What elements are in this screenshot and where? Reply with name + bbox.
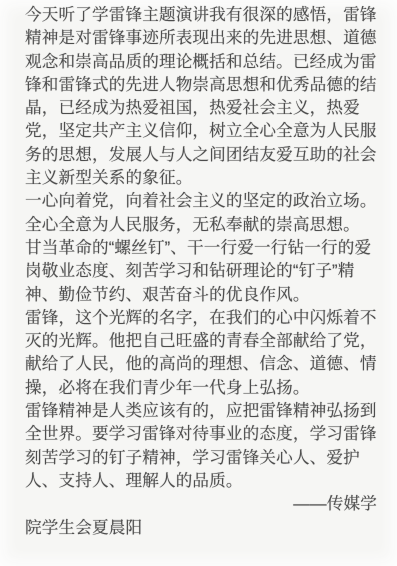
text-line: 灭的光辉。他把自己旺盛的青春全部献给了党，: [25, 329, 377, 352]
text-line: 精神是对雷锋事迹所表现出来的先进思想、道德: [25, 26, 377, 49]
text-line: 晶，已经成为热爱祖国，热爱社会主义，热爱: [25, 96, 377, 119]
text-line: 观念和崇高品质的理论概括和总结。已经成为雷: [25, 50, 377, 73]
text-line: 务的思想，发展人与人之间团结友爱互助的社会: [25, 143, 377, 166]
text-line: 全心全意为人民服务，无私奉献的崇高思想。: [25, 213, 377, 236]
text-line: 甘当革命的“螺丝钉”、干一行爱一行钻一行的爱: [25, 236, 377, 259]
text-line: 党，坚定共产主义信仰，树立全心全意为人民服: [25, 119, 377, 142]
text-line: 神、勤俭节约、艰苦奋斗的优良作风。: [25, 283, 377, 306]
text-line: 刻苦学习的钉子精神，学习雷锋关心人、爱护: [25, 446, 377, 469]
text-line: 操，必将在我们青少年一代身上弘扬。: [25, 376, 377, 399]
document-page: 今天听了学雷锋主题演讲我有很深的感悟，雷锋 精神是对雷锋事迹所表现出来的先进思想…: [0, 0, 397, 566]
text-line: 雷锋精神是人类应该有的，应把雷锋精神弘扬到: [25, 399, 377, 422]
signature-line-1: ——传媒学: [25, 492, 377, 515]
signature-line-2: 院学生会夏晨阳: [25, 516, 377, 539]
text-line: 一心向着党，向着社会主义的坚定的政治立场。: [25, 189, 377, 212]
text-line: 全世界。要学习雷锋对待事业的态度，学习雷锋: [25, 422, 377, 445]
text-line: 献给了人民，他的高尚的理想、信念、道德、情: [25, 352, 377, 375]
text-line: 今天听了学雷锋主题演讲我有很深的感悟，雷锋: [25, 3, 377, 26]
text-line: 主义新型关系的象征。: [25, 166, 377, 189]
text-line: 岗敬业态度、刻苦学习和钻研理论的“钉子”精: [25, 259, 377, 282]
text-line: 雷锋，这个光辉的名字，在我们的心中闪烁着不: [25, 306, 377, 329]
text-line: 锋和雷锋式的先进人物崇高思想和优秀品德的结: [25, 73, 377, 96]
text-line: 人、支持人、理解人的品质。: [25, 469, 377, 492]
